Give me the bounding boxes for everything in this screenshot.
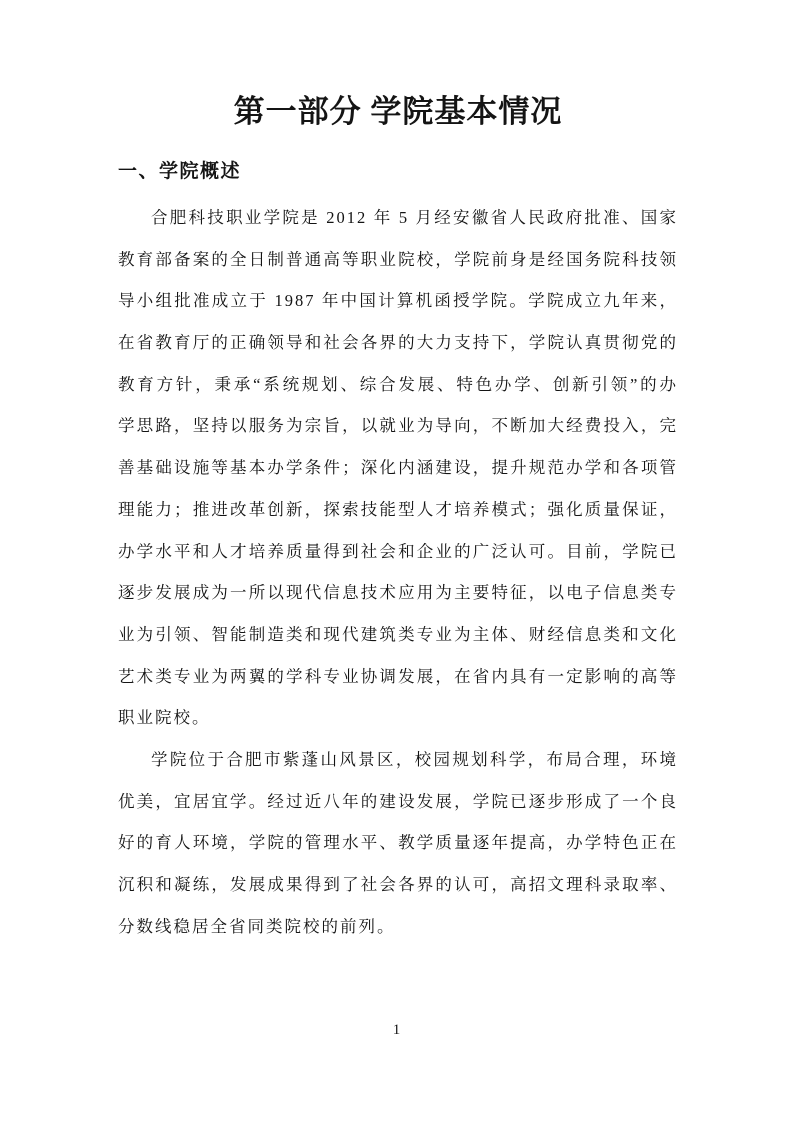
paragraph-line: 职业院校。: [118, 697, 678, 739]
section-heading: 一、学院概述: [118, 160, 678, 183]
paragraph-line: 好的育人环境，学院的管理水平、教学质量逐年提高，办学特色正在: [118, 822, 678, 864]
paragraph-line: 沉积和凝练，发展成果得到了社会各界的认可，高招文理科录取率、: [118, 864, 678, 906]
page-content: 第一部分 学院基本情况 一、学院概述 合肥科技职业学院是 2012 年 5 月经…: [118, 0, 678, 947]
paragraph-line: 学思路，坚持以服务为宗旨，以就业为导向，不断加大经费投入，完: [118, 405, 678, 447]
document-page: 第一部分 学院基本情况 一、学院概述 合肥科技职业学院是 2012 年 5 月经…: [0, 0, 793, 1122]
paragraph-line: 业为引领、智能制造类和现代建筑类专业为主体、财经信息类和文化: [118, 614, 678, 656]
paragraph-line: 教育部备案的全日制普通高等职业院校，学院前身是经国务院科技领: [118, 239, 678, 281]
paragraph-line: 理能力；推进改革创新，探索技能型人才培养模式；强化质量保证，: [118, 489, 678, 531]
paragraph-line: 分数线稳居全省同类院校的前列。: [118, 906, 678, 948]
paragraph-line: 学院位于合肥市紫蓬山风景区，校园规划科学，布局合理，环境: [118, 739, 678, 781]
page-number: 1: [0, 1020, 793, 1040]
paragraph-line: 办学水平和人才培养质量得到社会和企业的广泛认可。目前，学院已: [118, 531, 678, 573]
paragraph-line: 逐步发展成为一所以现代信息技术应用为主要特征，以电子信息类专: [118, 572, 678, 614]
paragraph-line: 善基础设施等基本办学条件；深化内涵建设，提升规范办学和各项管: [118, 447, 678, 489]
paragraph-line: 合肥科技职业学院是 2012 年 5 月经安徽省人民政府批准、国家: [118, 197, 678, 239]
paragraph-line: 在省教育厅的正确领导和社会各界的大力支持下，学院认真贯彻党的: [118, 322, 678, 364]
paragraph-location: 学院位于合肥市紫蓬山风景区，校园规划科学，布局合理，环境 优美，宜居宜学。经过近…: [118, 739, 678, 947]
paragraph-line: 导小组批准成立于 1987 年中国计算机函授学院。学院成立九年来，: [118, 280, 678, 322]
paragraph-overview: 合肥科技职业学院是 2012 年 5 月经安徽省人民政府批准、国家 教育部备案的…: [118, 197, 678, 739]
paragraph-line: 艺术类专业为两翼的学科专业协调发展，在省内具有一定影响的高等: [118, 656, 678, 698]
paragraph-line: 优美，宜居宜学。经过近八年的建设发展，学院已逐步形成了一个良: [118, 781, 678, 823]
document-title: 第一部分 学院基本情况: [118, 93, 678, 131]
paragraph-line: 教育方针，秉承“系统规划、综合发展、特色办学、创新引领”的办: [118, 364, 678, 406]
